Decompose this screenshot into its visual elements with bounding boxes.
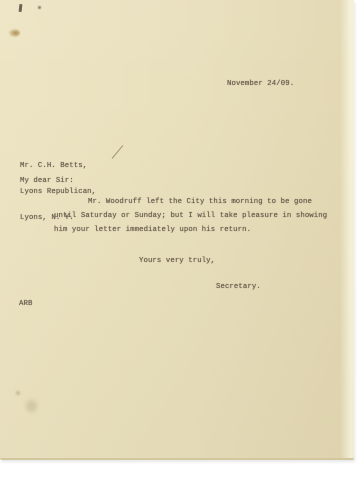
body-line: Mr. Woodruff left the City this morning … (88, 198, 312, 207)
smudge-mark-small (16, 391, 20, 395)
body-line: him your letter immediately upon his ret… (54, 226, 251, 235)
ink-dot (38, 6, 41, 9)
recipient-name: Mr. C.H. Betts, (20, 162, 96, 171)
closing-line: Yours very truly, (139, 257, 215, 266)
signature-title: Secretary. (216, 283, 261, 292)
date-line: November 24/09. (227, 80, 294, 89)
salutation: My dear Sir: (20, 177, 74, 186)
typist-initials: ARB (19, 300, 32, 309)
body-line: until Saturday or Sunday; but I will tak… (54, 212, 327, 221)
letter-scan-screen: November 24/09. Mr. C.H. Betts, Lyons Re… (0, 0, 363, 500)
stain-spot (9, 29, 20, 37)
recipient-organization: Lyons Republican, (20, 188, 96, 197)
scratch-mark (112, 145, 124, 159)
smudge-mark-large (26, 400, 37, 412)
letter-paper: November 24/09. Mr. C.H. Betts, Lyons Re… (0, 0, 354, 460)
ink-mark (19, 4, 23, 12)
